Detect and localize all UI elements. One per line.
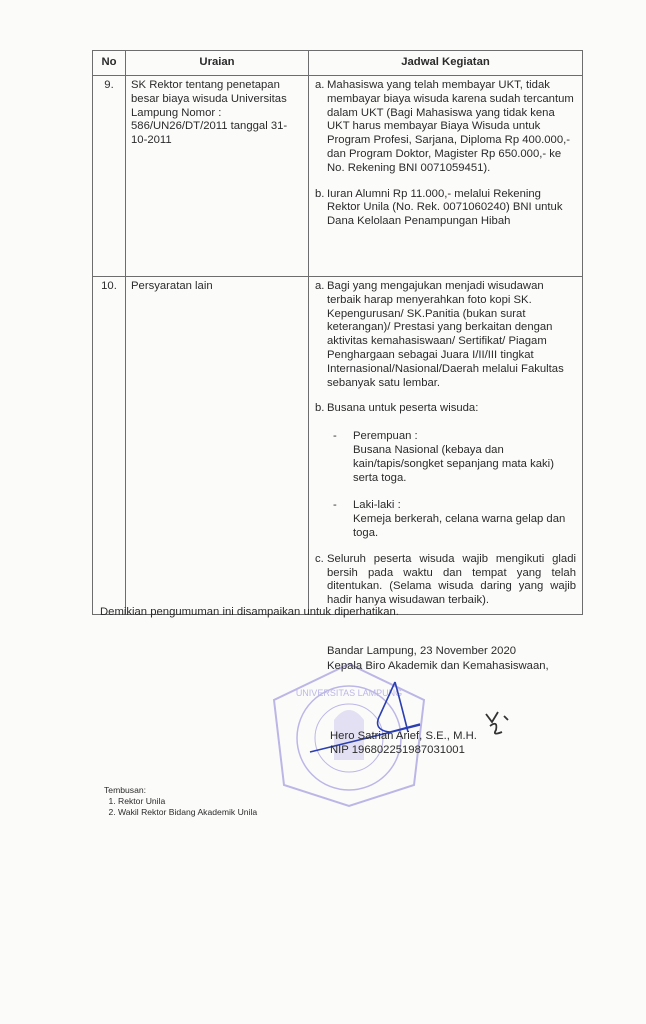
item-label: b.	[315, 188, 327, 229]
closing-statement: Demikian pengumuman ini disampaikan untu…	[100, 606, 399, 618]
signer-details: Hero Satrian Arief, S.E., M.H. NIP 19680…	[330, 729, 477, 757]
sub-item-title: Perempuan :	[353, 430, 418, 442]
item-text: Mahasiswa yang telah membayar UKT, tidak…	[327, 79, 576, 176]
tembusan-item: Rektor Unila	[118, 796, 257, 807]
item-text: Busana untuk peserta wisuda:	[327, 402, 576, 416]
item-text: Iuran Alumni Rp 11.000,- melalui Rekenin…	[327, 188, 576, 229]
tembusan-list: Rektor Unila Wakil Rektor Bidang Akademi…	[104, 796, 257, 818]
document-page: No Uraian Jadwal Kegiatan 9. SK Rektor t…	[0, 0, 646, 1024]
list-item: a. Bagi yang mengajukan menjadi wisudawa…	[315, 280, 576, 390]
item-text: Seluruh peserta wisuda wajib mengikuti g…	[327, 553, 576, 608]
item-label: a.	[315, 79, 327, 176]
header-no: No	[93, 51, 126, 76]
table-row: 9. SK Rektor tentang penetapan besar bia…	[93, 76, 583, 277]
schedule-table: No Uraian Jadwal Kegiatan 9. SK Rektor t…	[92, 50, 583, 615]
list-item: b. Iuran Alumni Rp 11.000,- melalui Reke…	[315, 188, 576, 229]
dash-bullet: -	[333, 430, 353, 485]
table-header-row: No Uraian Jadwal Kegiatan	[93, 51, 583, 76]
item-label: b.	[315, 402, 327, 416]
header-uraian: Uraian	[126, 51, 309, 76]
sub-item: - Laki-laki : Kemeja berkerah, celana wa…	[333, 499, 576, 540]
initial-paraf-icon	[482, 708, 512, 738]
row-uraian: SK Rektor tentang penetapan besar biaya …	[126, 76, 309, 277]
tembusan-section: Tembusan: Rektor Unila Wakil Rektor Bida…	[104, 785, 257, 818]
sub-item-text: Busana Nasional (kebaya dan kain/tapis/s…	[353, 444, 554, 484]
signer-nip: NIP 196802251987031001	[330, 743, 477, 757]
item-text: Bagi yang mengajukan menjadi wisudawan t…	[327, 280, 576, 390]
list-item: a. Mahasiswa yang telah membayar UKT, ti…	[315, 79, 576, 176]
row-jadwal: a. Bagi yang mengajukan menjadi wisudawa…	[309, 277, 583, 615]
tembusan-title: Tembusan:	[104, 785, 257, 796]
list-item: b. Busana untuk peserta wisuda: - Peremp…	[315, 402, 576, 540]
dash-bullet: -	[333, 499, 353, 540]
header-jadwal: Jadwal Kegiatan	[309, 51, 583, 76]
signer-name: Hero Satrian Arief, S.E., M.H.	[330, 729, 477, 743]
list-item: c. Seluruh peserta wisuda wajib mengikut…	[315, 553, 576, 608]
sub-item: - Perempuan : Busana Nasional (kebaya da…	[333, 430, 576, 485]
sub-item-title: Laki-laki :	[353, 499, 401, 511]
row-number: 9.	[93, 76, 126, 277]
row-uraian: Persyaratan lain	[126, 277, 309, 615]
item-label: c.	[315, 553, 327, 608]
table-row: 10. Persyaratan lain a. Bagi yang mengaj…	[93, 277, 583, 615]
tembusan-item: Wakil Rektor Bidang Akademik Unila	[118, 807, 257, 818]
place-date: Bandar Lampung, 23 November 2020	[327, 644, 549, 659]
row-jadwal: a. Mahasiswa yang telah membayar UKT, ti…	[309, 76, 583, 277]
item-label: a.	[315, 280, 327, 390]
sub-item-text: Kemeja berkerah, celana warna gelap dan …	[353, 513, 565, 539]
row-number: 10.	[93, 277, 126, 615]
